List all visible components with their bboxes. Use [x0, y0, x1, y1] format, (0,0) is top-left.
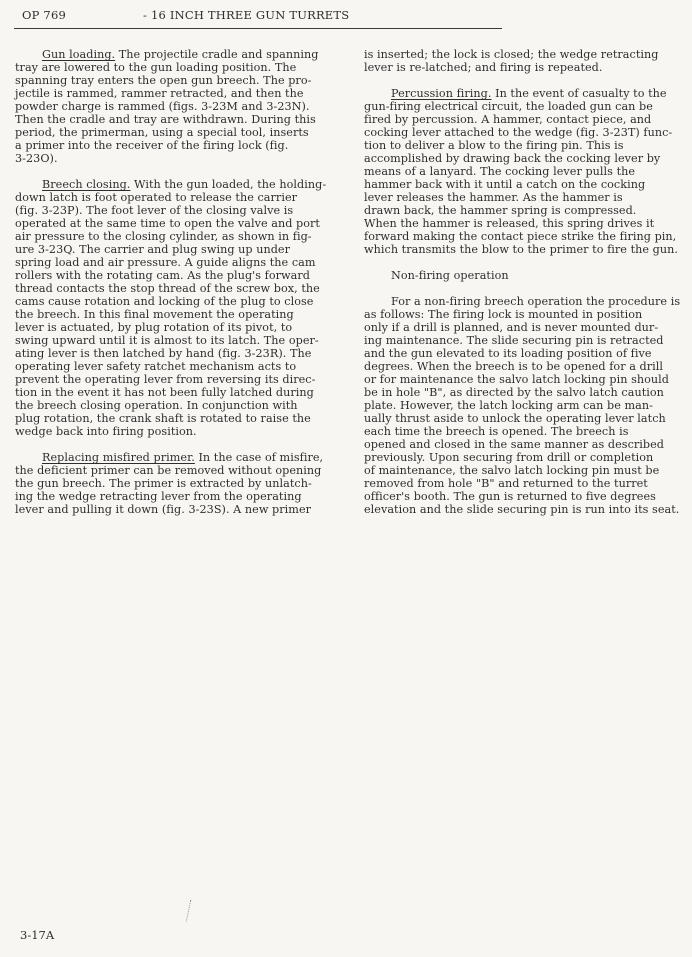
heading-replacing-misfired-primer: Replacing misfired primer.	[42, 451, 195, 464]
heading-breech-closing: Breech closing.	[42, 178, 130, 191]
paragraph-text: The projectile cradle and spanning tray …	[15, 48, 318, 165]
right-column: is inserted; the lock is closed; the wed…	[364, 48, 686, 529]
paragraph-continued: is inserted; the lock is closed; the wed…	[364, 48, 686, 74]
paragraph-text: With the gun loaded, the holding- down l…	[15, 178, 326, 438]
paragraph-text: In the event of casualty to the gun-firi…	[364, 87, 678, 256]
scan-mark	[186, 900, 194, 922]
paragraph-gun-loading: Gun loading. The projectile cradle and s…	[15, 48, 345, 165]
page-number: 3-17A	[20, 928, 54, 942]
heading-gun-loading: Gun loading.	[42, 48, 115, 61]
subheading-non-firing-operation: Non-firing operation	[364, 269, 686, 282]
document-code: OP 769	[22, 8, 66, 22]
left-column: Gun loading. The projectile cradle and s…	[15, 48, 345, 529]
paragraph-non-firing: For a non-firing breech operation the pr…	[364, 295, 686, 516]
paragraph-replacing-misfired-primer: Replacing misfired primer. In the case o…	[15, 451, 345, 516]
paragraph-breech-closing: Breech closing. With the gun loaded, the…	[15, 178, 345, 438]
paragraph-percussion-firing: Percussion firing. In the event of casua…	[364, 87, 686, 256]
header-rule	[14, 28, 502, 29]
heading-percussion-firing: Percussion firing.	[391, 87, 492, 100]
document-title: - 16 INCH THREE GUN TURRETS	[143, 8, 349, 22]
